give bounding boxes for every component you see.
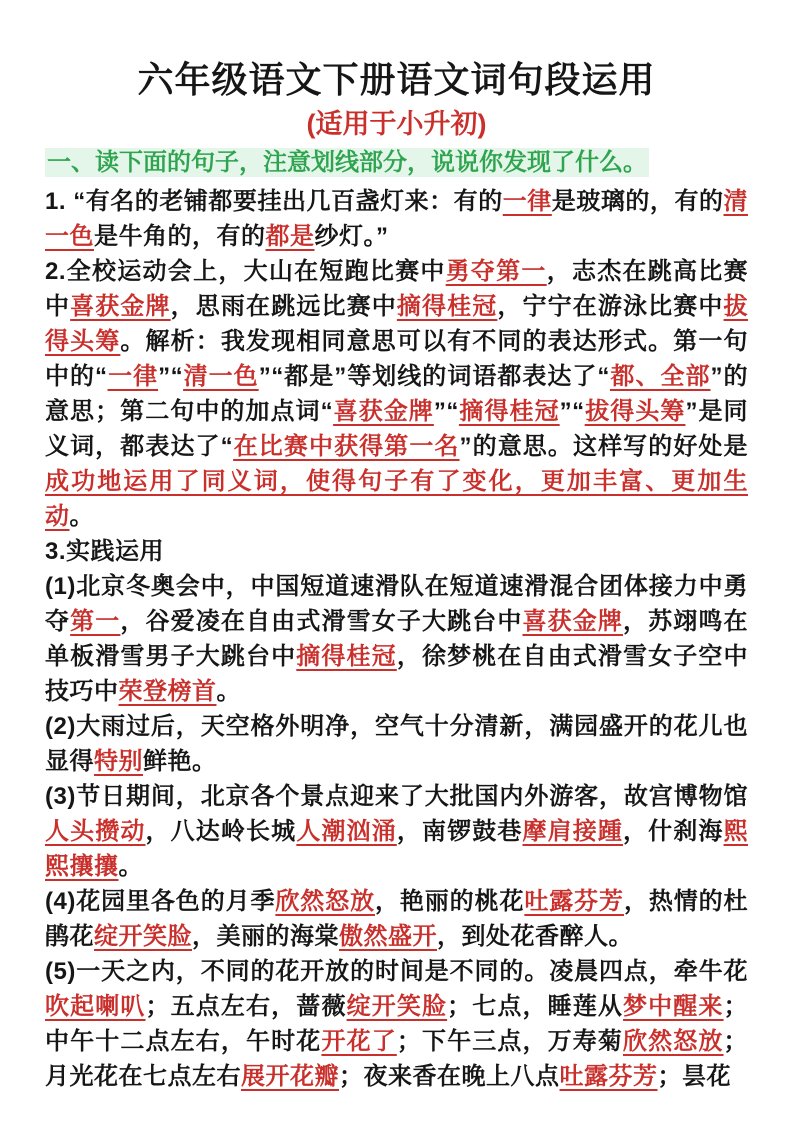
body-text-segment: 3.实践运用 [45, 538, 164, 565]
highlight-phrase: 荣登榜首 [119, 678, 217, 705]
practice-heading: 3.实践运用 [45, 534, 748, 569]
highlight-phrase: 梦中醒来 [623, 993, 724, 1020]
highlight-phrase: 都是 [266, 223, 315, 250]
body-text-segment: ，到处花香醉人。 [437, 923, 633, 950]
highlight-phrase: 都、全部 [610, 363, 711, 390]
practice-item-3: (3)节日期间，北京各个景点迎来了大批国内外游客，故宫博物馆人头攒动，八达岭长城… [45, 779, 748, 884]
highlight-phrase: 喜获金牌 [70, 293, 171, 320]
body-text-segment: 。 [217, 678, 242, 705]
highlight-phrase: 吹起喇叭 [45, 993, 146, 1020]
body-text-segment: 。 [119, 853, 144, 880]
body-text-segment: ；昙花 [658, 1063, 732, 1090]
practice-item-4: (4)花园里各色的月季欣然怒放，艳丽的桃花吐露芬芳，热情的杜鹃花绽开笑脸，美丽的… [45, 884, 748, 954]
highlight-phrase: 勇夺第一 [446, 258, 547, 285]
highlight-phrase: 拔得头筹 [585, 398, 686, 425]
highlight-phrase: 摘得桂冠 [296, 643, 397, 670]
highlight-phrase: 第一 [70, 608, 120, 635]
body-text-segment: ；七点，睡莲从 [447, 993, 623, 1020]
body-text-segment: ，南锣鼓巷 [397, 818, 523, 845]
body-text-segment: ，美丽的海棠 [192, 923, 339, 950]
highlight-phrase: 清一色 [183, 363, 259, 390]
highlight-phrase: 吐露芬芳 [560, 1063, 658, 1090]
body-text-segment: ；下午三点，万寿菊 [397, 1028, 623, 1055]
body-text-segment: (4)花园里各色的月季 [45, 888, 275, 915]
body-text-segment: (3)节日期间，北京各个景点迎来了大批国内外游客，故宫博物馆 [45, 783, 748, 810]
body-text-segment: 。 [70, 503, 95, 530]
highlight-phrase: 一律 [108, 363, 159, 390]
highlight-phrase: 绽开笑脸 [347, 993, 448, 1020]
body-text-segment: ；夜来香在晚上八点 [339, 1063, 560, 1090]
highlight-phrase: 人潮汹涌 [296, 818, 397, 845]
highlight-phrase: 吐露芬芳 [524, 888, 624, 915]
highlight-phrase: 摘得桂冠 [397, 293, 498, 320]
page-title: 六年级语文下册语文词句段运用 [45, 58, 748, 101]
body-text-segment: ；五点左右，蔷薇 [146, 993, 347, 1020]
body-text-segment: 纱灯。” [315, 223, 389, 250]
highlight-phrase: 展开花瓣 [241, 1063, 339, 1090]
highlight-phrase: 在比赛中获得第一名 [233, 433, 459, 460]
sentence-2-with-analysis: 2.全校运动会上，大山在短跑比赛中勇夺第一，志杰在跳高比赛中喜获金牌，思雨在跳远… [45, 254, 748, 534]
practice-item-5: (5)一天之内，不同的花开放的时间是不同的。凌晨四点，牵牛花吹起喇叭；五点左右，… [45, 954, 748, 1094]
body-text-segment: ，艳丽的桃花 [375, 888, 524, 915]
document-body: 1. “有名的老铺都要挂出几百盏灯来：有的一律是玻璃的，有的清一色是牛角的，有的… [45, 184, 748, 1094]
highlight-phrase: 欣然怒放 [623, 1028, 724, 1055]
body-text-segment: 是牛角的，有的 [94, 223, 266, 250]
body-text-segment: 是玻璃的，有的 [552, 188, 724, 215]
highlight-phrase: 人头攒动 [45, 818, 146, 845]
body-text-segment: ”“ [158, 363, 183, 390]
body-text-segment: ，思雨在跳远比赛中 [171, 293, 397, 320]
body-text-segment: ，谷爱凌在自由式滑雪女子大跳台中 [120, 608, 522, 635]
body-text-segment: 鲜艳。 [143, 748, 217, 775]
highlight-phrase: 特别 [94, 748, 143, 775]
highlight-phrase: 开花了 [321, 1028, 396, 1055]
highlight-phrase: 一律 [503, 188, 552, 215]
highlight-phrase: 喜获金牌 [333, 398, 434, 425]
practice-item-1: (1)北京冬奥会中，中国短道速滑队在短道速滑混合团体接力中勇夺第一，谷爱凌在自由… [45, 569, 748, 709]
highlight-phrase: 欣然怒放 [275, 888, 375, 915]
body-text-segment: ”的意思。这样写的好处是 [460, 433, 748, 460]
section-heading: 一、读下面的句子，注意划线部分，说说你发现了什么。 [45, 148, 748, 178]
highlight-phrase: 傲然盛开 [339, 923, 437, 950]
body-text-segment: ”“ [560, 398, 585, 425]
body-text-segment: 2.全校运动会上，大山在短跑比赛中 [45, 258, 446, 285]
practice-item-2: (2)大雨过后，天空格外明净，空气十分清新，满园盛开的花儿也显得特别鲜艳。 [45, 709, 748, 779]
highlight-phrase: 摩肩接踵 [523, 818, 624, 845]
body-text-segment: ，宁宁在游泳比赛中 [497, 293, 723, 320]
highlight-phrase: 成功地运用了同义词，使得句子有了变化，更加丰富、更加生动 [45, 468, 748, 530]
body-text-segment: ”“ [434, 398, 459, 425]
body-text-segment: 1. “有名的老铺都要挂出几百盏灯来：有的 [45, 188, 503, 215]
body-text-segment: ，八达岭长城 [146, 818, 297, 845]
section-heading-text: 一、读下面的句子，注意划线部分，说说你发现了什么。 [45, 148, 649, 177]
highlight-phrase: 喜获金牌 [522, 608, 623, 635]
body-text-segment: (5)一天之内，不同的花开放的时间是不同的。凌晨四点，牵牛花 [45, 958, 748, 985]
body-text-segment: ”“都是”等划线的词语都表达了“ [259, 363, 610, 390]
body-text-segment: ，什刹海 [623, 818, 724, 845]
document-page: 六年级语文下册语文词句段运用 (适用于小升初) 一、读下面的句子，注意划线部分，… [0, 0, 793, 1122]
sentence-1: 1. “有名的老铺都要挂出几百盏灯来：有的一律是玻璃的，有的清一色是牛角的，有的… [45, 184, 748, 254]
highlight-phrase: 绽开笑脸 [94, 923, 192, 950]
page-subtitle: (适用于小升初) [45, 109, 748, 140]
highlight-phrase: 摘得桂冠 [459, 398, 560, 425]
